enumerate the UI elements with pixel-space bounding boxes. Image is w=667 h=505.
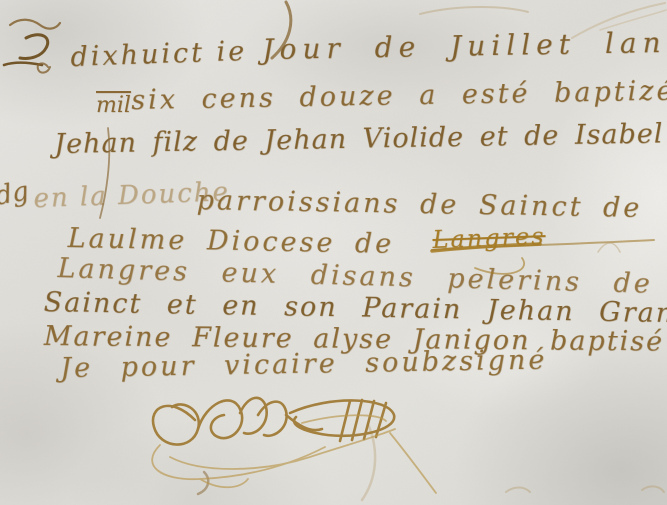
manuscript-line-3: Jehan filz de Jehan Violide et de Isabel [54,118,664,160]
struck-out-word: Langres [432,222,546,254]
manuscript-line-2b: six cens douze a esté baptizé [131,76,667,116]
signature-flourish [140,385,440,500]
manuscript-line-4b: parroissians de Sainct de [196,185,642,224]
manuscript-line-1b: Jour de Juillet lan [262,26,667,66]
manuscript-line-2-abbrev-mil: mil [96,93,131,118]
next-entry-ghost [362,424,375,500]
manuscript-page: dixhuict ie Jour de Juillet lan mil six … [0,0,667,505]
manuscript-line-1a: dixhuict ie [70,36,248,73]
margin-note: dg [0,176,31,211]
entry-lead-mark [2,16,72,78]
